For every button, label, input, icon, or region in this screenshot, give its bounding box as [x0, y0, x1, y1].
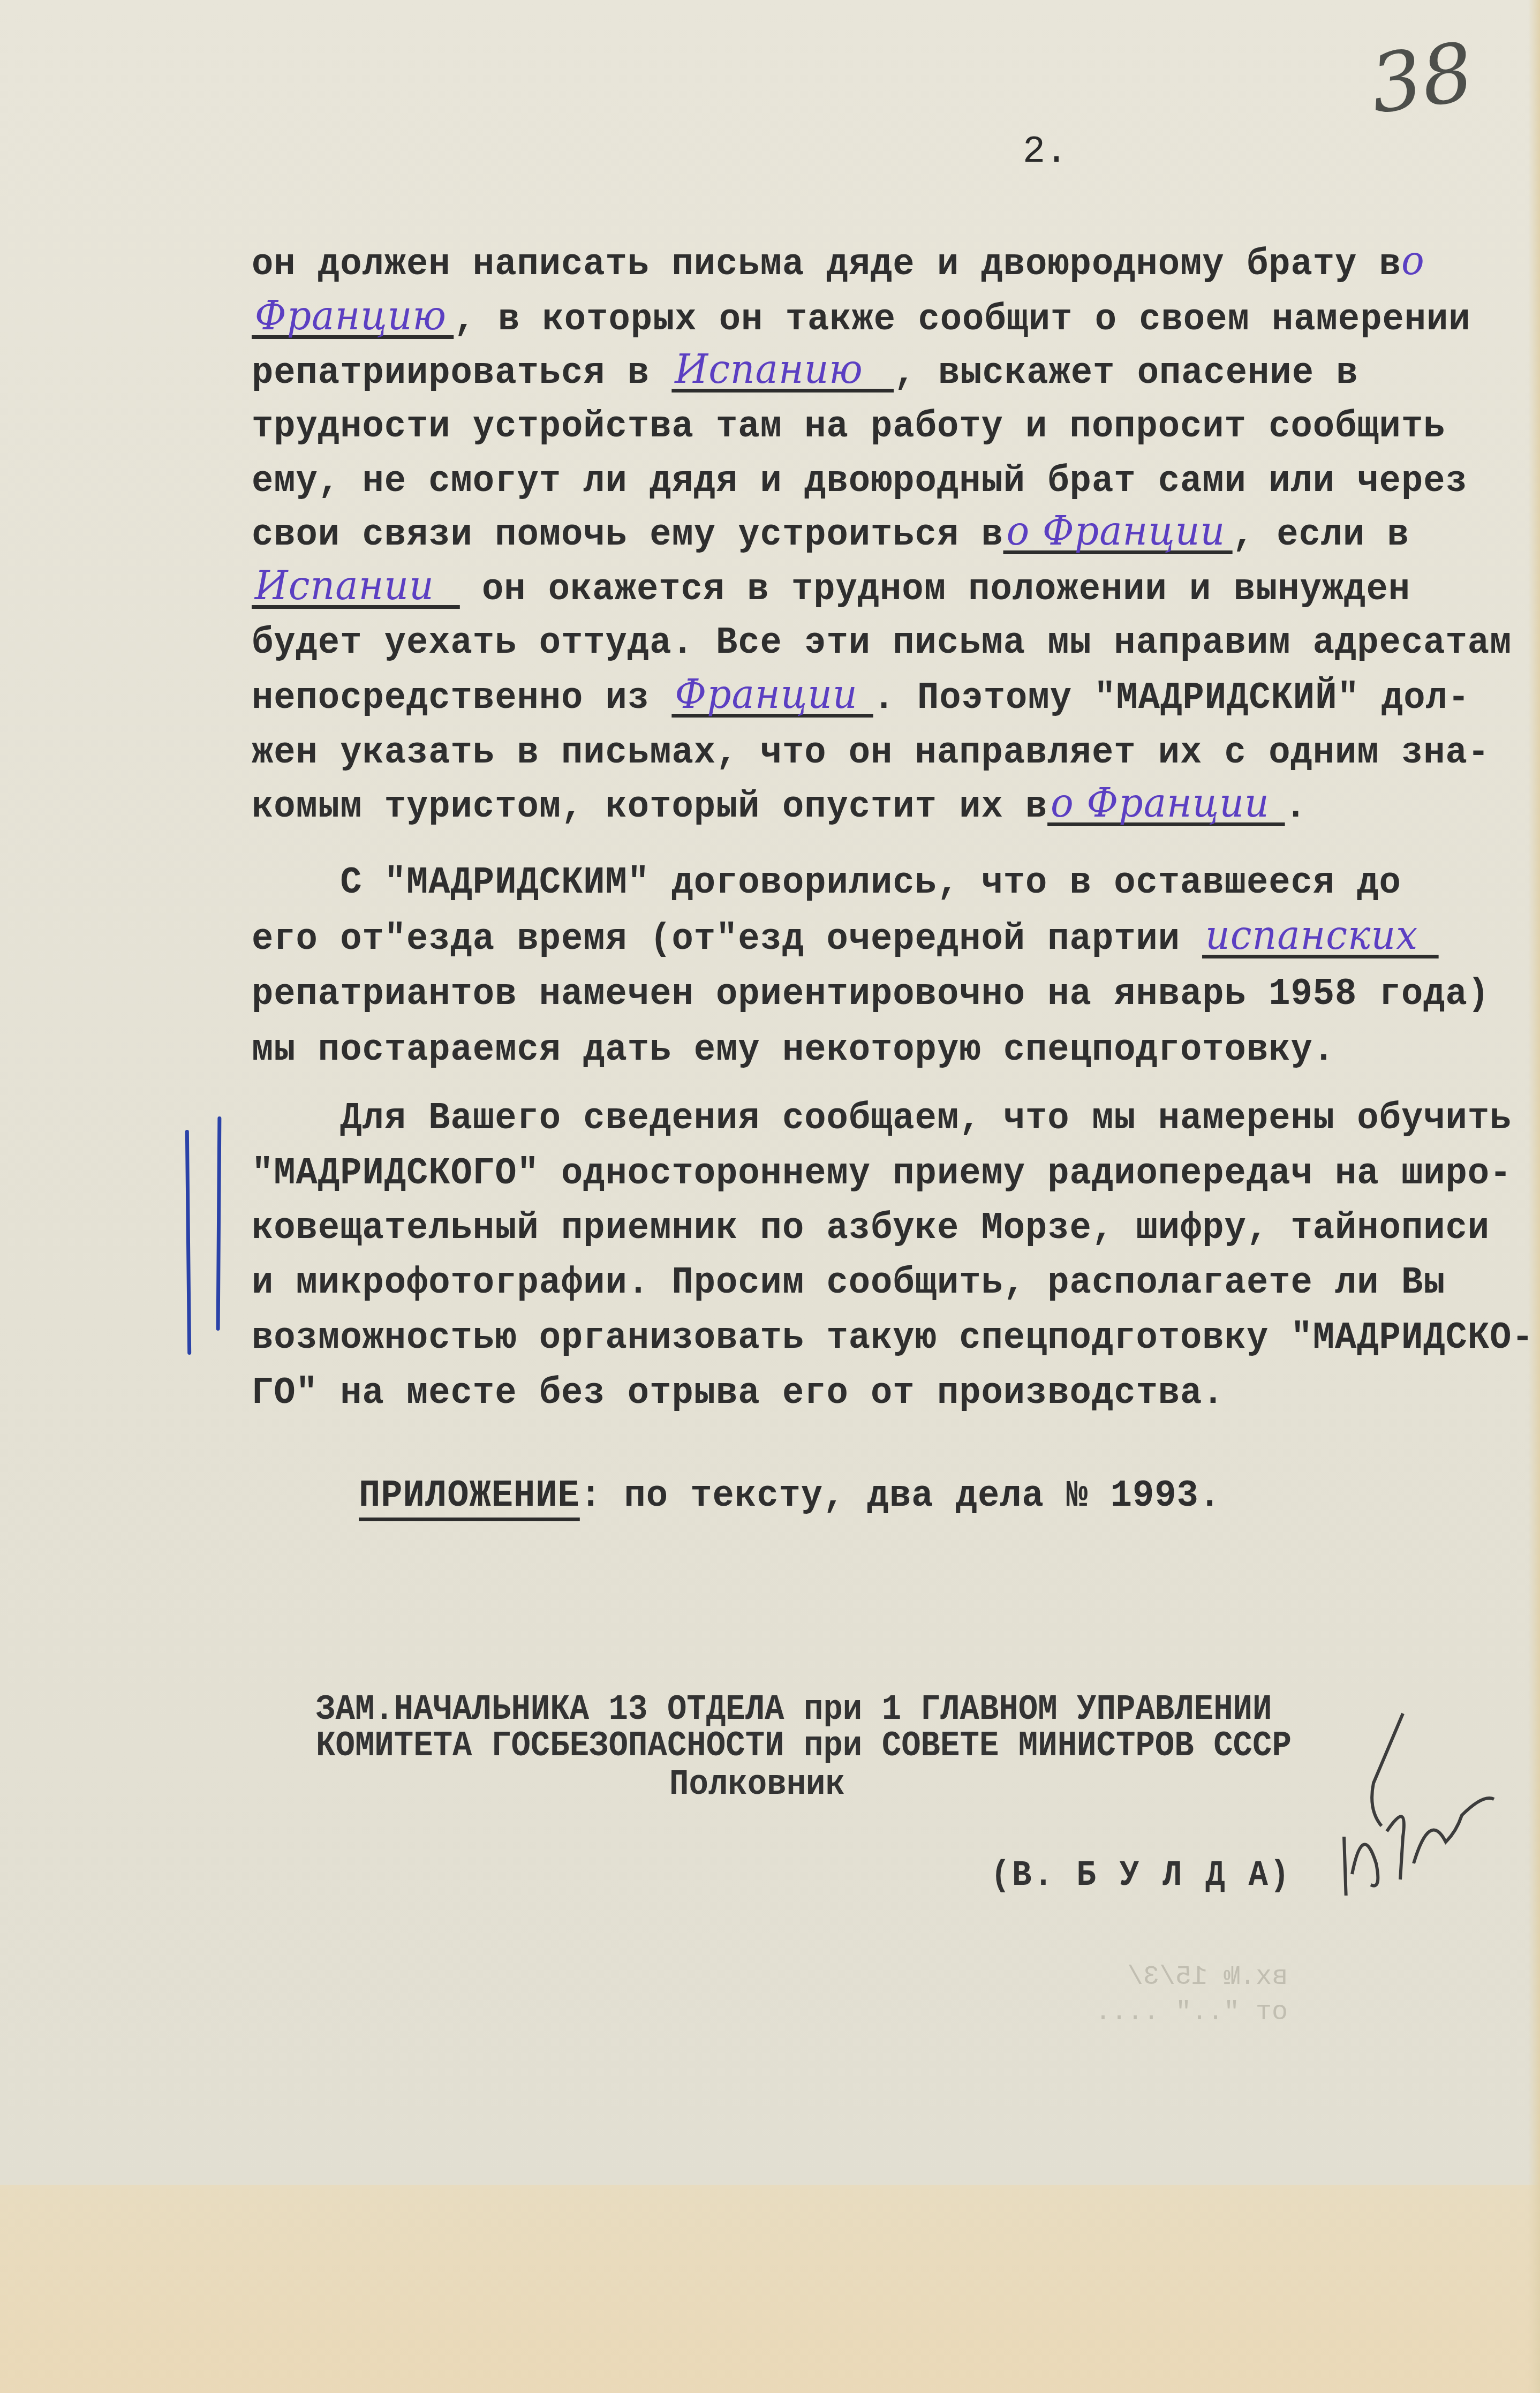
bleed-line-2: от ".." .... — [1095, 1997, 1288, 2028]
bleed-line-1: вх.№ 15/3/ — [1127, 1962, 1288, 1992]
handwritten-insert-francii: Франции — [671, 675, 873, 718]
handwritten-insert-francii: о Франции — [1047, 784, 1285, 826]
handwritten-insert-francia: Францию — [252, 297, 454, 339]
paragraph-1-line-10: жен указать в письмах, что он направляет… — [252, 727, 1490, 780]
paragraph-3-line-4: и микрофотографии. Просим сообщить, расп… — [252, 1257, 1445, 1310]
signatory-title-line-1: ЗАМ.НАЧАЛЬНИКА 13 ОТДЕЛА при 1 ГЛАВНОМ У… — [316, 1692, 1272, 1727]
handwritten-insert-francii: о Франции — [1003, 512, 1233, 554]
paragraph-1-line-7: Испании он окажется в трудном положении … — [252, 563, 1410, 617]
signatory-name: (В. Б У Л Д А) — [991, 1858, 1292, 1893]
paragraph-1-line-4: трудности устройства там на работу и поп… — [252, 401, 1445, 454]
paragraph-1-line-5: ему, не смогут ли дядя и двоюродный брат… — [252, 455, 1468, 509]
attachment-line: ПРИЛОЖЕНИЕ: по тексту, два дела № 1993. — [359, 1470, 1221, 1523]
paragraph-2-line-3: репатриантов намечен ориентировочно на я… — [252, 968, 1490, 1022]
paragraph-1-line-3: репатриироваться в Испанию, выскажет опа… — [252, 347, 1358, 401]
paragraph-1-line-2: Францию, в которых он также сообщит о св… — [252, 293, 1471, 347]
paragraph-3-line-3: ковещательный приемник по азбуке Морзе, … — [252, 1202, 1490, 1256]
paragraph-2-line-1: С "МАДРИДСКИМ" договорились, что в остав… — [252, 857, 1401, 910]
signatory-title-line-2: КОМИТЕТА ГОСБЕЗОПАСНОСТИ при СОВЕТЕ МИНИ… — [316, 1728, 1292, 1764]
paragraph-1-line-8: будет уехать оттуда. Все эти письма мы н… — [252, 617, 1512, 670]
paragraph-3-line-2: "МАДРИДСКОГО" одностороннему приему ради… — [252, 1148, 1512, 1201]
typed-text: он окажется в трудном положении и вынужд… — [460, 569, 1410, 611]
typed-text: репатриироваться в — [252, 352, 671, 395]
paragraph-1-line-11: комым туристом, который опустит их во Фр… — [252, 781, 1307, 834]
typed-text: , в которых он также сообщит о своем нам… — [454, 299, 1470, 341]
attachment-text: : по тексту, два дела № 1993. — [580, 1475, 1221, 1518]
paragraph-3-line-5: возможностью организовать такую спецподг… — [252, 1312, 1534, 1365]
bleed-through-text: вх.№ 15/3/ от ".." .... — [1095, 1960, 1288, 2030]
typed-text: свои связи помочь ему устроиться в — [252, 514, 1003, 556]
typed-text: его от"езда время (от"езд очередной парт… — [252, 918, 1202, 961]
signatory-rank: Полковник — [669, 1767, 845, 1802]
paragraph-2-line-4: мы постараемся дать ему некоторую спецпо… — [252, 1024, 1335, 1077]
typed-text: . — [1285, 786, 1307, 828]
handwritten-signature-icon — [1323, 1703, 1526, 1896]
page-number: 2. — [1023, 131, 1068, 173]
handwritten-insert-ispania: Испанию — [671, 350, 894, 392]
typed-text: он должен написать письма дяде и двоюрод… — [252, 244, 1401, 286]
handwritten-insert-ispanii: Испании — [252, 567, 460, 609]
paragraph-2-line-2: его от"езда время (от"езд очередной парт… — [252, 913, 1439, 967]
paragraph-1-line-1: он должен написать письма дяде и двоюрод… — [252, 238, 1425, 292]
handwritten-insert: о — [1401, 241, 1425, 280]
typed-text: . Поэтому "МАДРИДСКИЙ" дол- — [873, 677, 1470, 720]
folio-number-handwritten: 38 — [1365, 26, 1479, 132]
typed-text: комым туристом, который опустит их в — [252, 786, 1047, 828]
paper-edge-shadow — [1528, 0, 1540, 2393]
paper-lower-yellowed-area — [0, 2185, 1540, 2393]
paragraph-1-line-9: непосредственно из Франции. Поэтому "МАД… — [252, 672, 1470, 726]
paragraph-3-line-6: ГО" на месте без отрыва его от производс… — [252, 1367, 1225, 1421]
typed-text: , выскажет опасение в — [894, 352, 1358, 395]
paragraph-3-line-1: Для Вашего сведения сообщаем, что мы нам… — [252, 1092, 1512, 1146]
paragraph-1-line-6: свои связи помочь ему устроиться во Фран… — [252, 509, 1409, 562]
handwritten-insert-ispanskih: испанских — [1202, 916, 1438, 958]
typed-text: непосредственно из — [252, 677, 671, 720]
typed-text: , если в — [1233, 514, 1409, 556]
attachment-label: ПРИЛОЖЕНИЕ — [359, 1475, 580, 1521]
